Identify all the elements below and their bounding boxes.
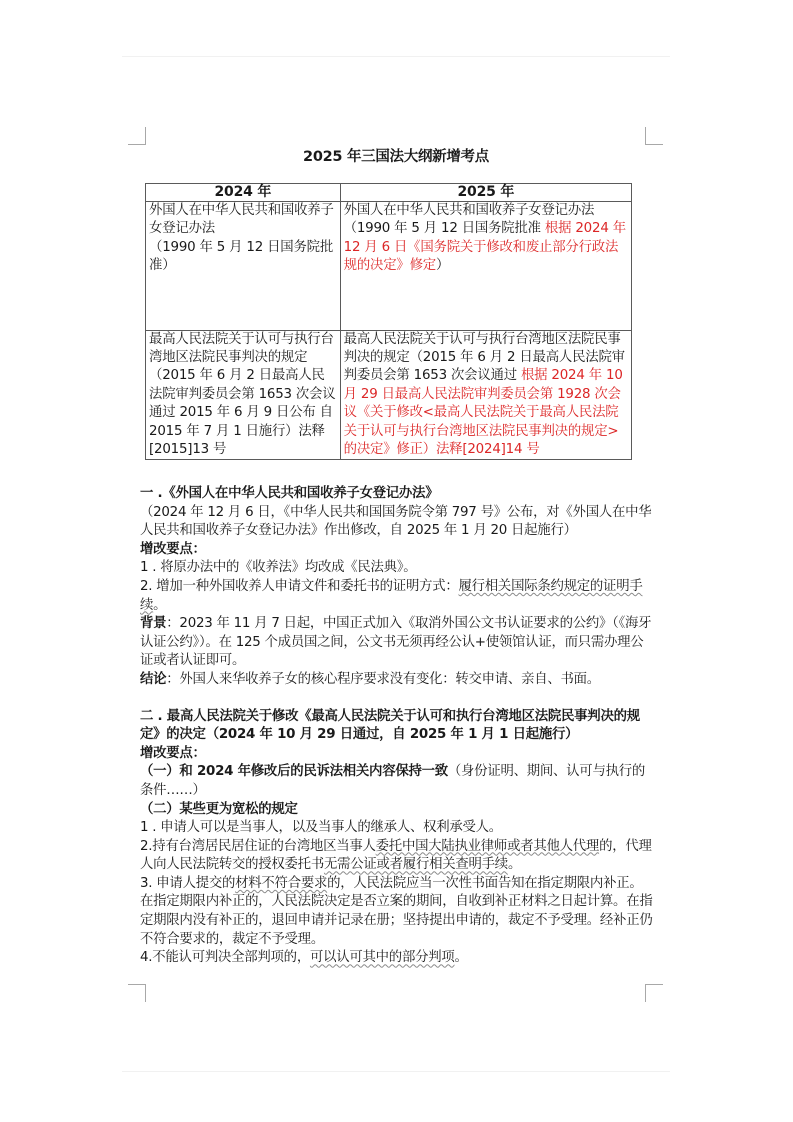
section1-background: 背景：2023 年 11 月 7 日起，中国正式加入《取消外国公文书认证要求的公… [140,615,654,671]
section1-changes-label: 增改要点： [140,541,654,560]
section2-sub-2: （二）某些更为宽松的规定 [140,801,654,820]
cell-2024-adoption-title: 外国人在中华人民共和国收养子女登记办法 [149,202,337,239]
background-text: ：2023 年 11 月 7 日起，中国正式加入《取消外国公文书认证要求的公约》… [140,616,651,668]
document-page: 2025 年三国法大纲新增考点 2024 年 2025 年 外国人在中华人民共和… [122,56,670,1072]
table-row: 外国人在中华人民共和国收养子女登记办法 （1990 年 5 月 12 日国务院批… [146,202,632,331]
section2-sub-1: （一）和 2024 年修改后的民诉法相关内容保持一致（身份证明、期间、认可与执行… [140,763,654,800]
item3-prefix: 3. 申请人提交的 [140,876,235,891]
corner-mark-bottom-right [645,984,663,1002]
section-adoption-rules: 一 .《外国人在中华人民共和国收养子女登记办法》 （2024 年 12 月 6 … [140,485,654,690]
sub1-heading: （一）和 2024 年修改后的民诉法相关内容保持一致 [140,764,448,779]
cell-2025-taiwan-judgment: 最高人民法院关于认可与执行台湾地区法院民事判决的规定（2015 年 6 月 2 … [340,330,631,460]
point2-prefix: 2. 增加一种外国收养人申请文件和委托书的证明方式： [140,579,459,594]
table-row: 最高人民法院关于认可与执行台湾地区法院民事判决的规定（2015 年 6 月 2 … [146,330,632,460]
corner-mark-top-left [128,127,146,145]
section1-heading: 一 .《外国人在中华人民共和国收养子女登记办法》 [140,485,654,504]
item2-suffix: 。 [508,857,521,872]
item2-underlined-1: 委托中国大陆执业律师或者其他人代理 [376,839,599,854]
section1-point-2: 2. 增加一种外国收养人申请文件和委托书的证明方式：履行相关国际条约规定的证明手… [140,578,654,615]
item4-underlined: 可以认可其中的部分判项 [310,950,455,965]
cell-2025-adoption-rules: 外国人在中华人民共和国收养子女登记办法（1990 年 5 月 12 日国务院批准… [340,202,631,331]
cell-2025-adoption-close: ） [436,258,449,273]
item3-underlined: 材料不符合要求 [235,876,327,891]
header-2025: 2025 年 [340,184,631,202]
conclusion-text: ：外国人来华收养子女的核心程序要求没有变化：转交申请、亲自、书面。 [166,672,600,687]
point2-suffix: 。 [153,598,166,613]
table-header-row: 2024 年 2025 年 [146,184,632,202]
section2-item-2: 2.持有台湾居民居住证的台湾地区当事人委托中国大陆执业律师或者其他人代理的，代理… [140,838,654,875]
background-label: 背景 [140,616,166,631]
cell-2024-adoption-date: （1990 年 5 月 12 日国务院批准） [149,239,337,276]
section1-intro: （2024 年 12 月 6 日，《中华人民共和国国务院令第 797 号》公布，… [140,504,654,541]
conclusion-label: 结论 [140,672,166,687]
cell-2024-adoption-rules: 外国人在中华人民共和国收养子女登记办法 （1990 年 5 月 12 日国务院批… [146,202,341,331]
item2-prefix: 2.持有台湾居民居住证的台湾地区当事人 [140,839,376,854]
item4-prefix: 4.不能认可判决全部判项的， [140,950,310,965]
section2-item-1: 1 . 申请人可以是当事人，以及当事人的继承人、权利承受人。 [140,819,654,838]
document-body: 一 .《外国人在中华人民共和国收养子女登记办法》 （2024 年 12 月 6 … [140,485,654,968]
corner-mark-bottom-left [128,984,146,1002]
cell-2024-taiwan-text: 最高人民法院关于认可与执行台湾地区法院民事判决的规定（2015 年 6 月 2 … [149,332,336,457]
section1-conclusion: 结论：外国人来华收养子女的核心程序要求没有变化：转交申请、亲自、书面。 [140,671,654,690]
section1-point-1: 1 . 将原办法中的《收养法》均改成《民法典》。 [140,559,654,578]
document-title: 2025 年三国法大纲新增考点 [122,145,670,166]
section2-item-4: 4.不能认可判决全部判项的，可以认可其中的部分判项。 [140,949,654,968]
comparison-table: 2024 年 2025 年 外国人在中华人民共和国收养子女登记办法 （1990 … [145,183,632,460]
cell-2024-taiwan-judgment: 最高人民法院关于认可与执行台湾地区法院民事判决的规定（2015 年 6 月 2 … [146,330,341,460]
corner-mark-top-right [645,127,663,145]
section2-changes-label: 增改要点： [140,745,654,764]
section2-item-3: 3. 申请人提交的材料不符合要求的，人民法院应当一次性书面告知在指定期限内补正。… [140,875,654,949]
item4-suffix: 。 [455,950,468,965]
section-taiwan-judgment: 二 . 最高人民法院关于修改《最高人民法院关于认可和执行台湾地区法院民事判决的规… [140,708,654,968]
section2-heading: 二 . 最高人民法院关于修改《最高人民法院关于认可和执行台湾地区法院民事判决的规… [140,708,654,745]
header-2024: 2024 年 [146,184,341,202]
item2-underlined-2: 无需公证或者履行相关查明手续 [324,857,508,872]
